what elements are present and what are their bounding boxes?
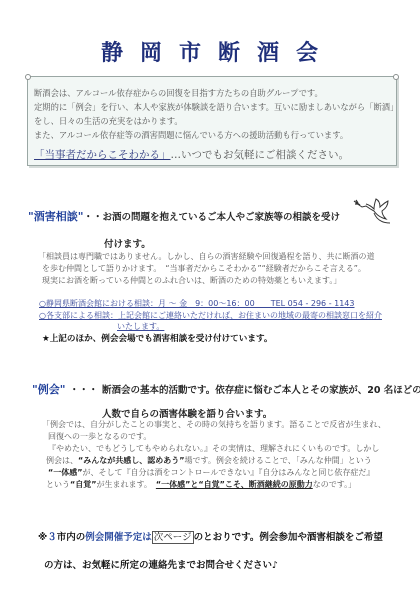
intro-highlight: 「当事者だからこそわかる」…いつでもお気軽にご相談ください。: [34, 147, 349, 162]
text: 場です。例会を続けることで、「みんな仲間」という: [185, 456, 372, 465]
consultation-note: ★上記のほか、例会会場でも酒害相談を受け付けています。: [42, 332, 272, 344]
highlight-phrase: 「当事者だからこそわかる」: [34, 149, 171, 161]
meeting-heading-text: 断酒会の基本的活動です。依存症に悩むご本人とその家族が、20 名ほどの: [102, 385, 420, 396]
text: が、そして『自分は酒をコントロールできない』『自分はみんなと同じ依存症だ』: [83, 468, 375, 477]
link-branch-consultation-cont[interactable]: いたします。: [117, 321, 164, 332]
quote-line: 現実にお酒を断っている仲間とのふれ合いは、断酒のための特効薬ともいえます。」: [38, 275, 374, 287]
text: 例会は、: [46, 456, 78, 465]
consultation-keyword: "酒害相談": [28, 210, 83, 223]
consultation-heading-text: お酒の問題を抱えているご本人やご家族等の相談を受け: [102, 212, 340, 223]
dots: ・・・: [65, 385, 102, 396]
schedule-phrase: 例会開催予定は: [85, 532, 152, 543]
page-title: 静岡市断酒会: [0, 36, 420, 67]
link-shizuoka-consultation[interactable]: ○静岡県断酒会館における相談：月 ～ 金 9：00～16：00 TEL 054 …: [39, 298, 354, 309]
link-branch-consultation[interactable]: ○各支部による相談：上記会館にご連絡いただければ、お住まいの地域の最寄の相談窓口…: [39, 310, 382, 321]
footer-line-2: の方は、お気軽に所定の連絡先までお問合せください♪: [44, 557, 278, 571]
text: 市内の: [57, 532, 86, 543]
meeting-heading-cont: 人数で自らの酒害体験を語り合います。: [102, 406, 272, 420]
reference-mark: ※: [38, 532, 47, 543]
quote-line: 『やめたい、でもどうしてもやめられない。』その実情は、理解されにくいものです。し…: [42, 443, 386, 455]
intro-line: をし、日々の生活の充実をはかります。: [34, 114, 398, 128]
resize-handle: [25, 74, 31, 80]
intro-text: 断酒会は、アルコール依存症からの回復を目指す方たちの自助グループです。 定期的に…: [34, 86, 398, 142]
meeting-heading: "例会"・・・断酒会の基本的活動です。依存症に悩むご本人とその家族が、20 名ほ…: [32, 381, 420, 397]
intro-line: 断酒会は、アルコール依存症からの回復を目指す方たちの自助グループです。: [34, 86, 398, 100]
quote-line: という“自覚”が生まれます。 “一体感”と“自覚”こそ、断酒継続の原動力なのです…: [42, 479, 386, 491]
quote-line: 回復への一歩となるのです。: [42, 431, 386, 443]
quote-line: 「例会では、自分がしたことの事実と、その時の気持ちを語ります。語ることで反省が生…: [42, 419, 386, 431]
bold-phrase: “みんなが共感し、認めあう”: [78, 456, 185, 465]
quote-line: を歩む仲間として語りかけます。 “当事者だからこそわかる”“経験者だからこそ言え…: [38, 263, 374, 275]
footer-line-1: ※３市内の例会開催予定は次ページのとおりです。例会参加や酒害相談をご希望: [38, 529, 383, 543]
text: という: [46, 480, 70, 489]
quote-line: 例会は、“みんなが共感し、認めあう”場です。例会を続けることで、「みんな仲間」と…: [42, 455, 386, 467]
consultation-heading-cont: 付けます。: [104, 236, 151, 250]
underlined-phrase: “一体感”と“自覚”こそ、断酒継続の原動力: [156, 480, 313, 489]
bold-phrase: “一体感”: [48, 468, 83, 477]
consultation-quote: 「相談員は専門職ではありません。しかし、自らの酒害経験や回復過程を語り、共に断酒…: [38, 251, 374, 287]
meeting-keyword: "例会": [32, 383, 65, 396]
text: なのです。」: [313, 480, 356, 489]
intro-line: また、アルコール依存症等の酒害問題に悩んでいる方への援助活動も行っています。: [34, 128, 398, 142]
text: が生まれます。: [97, 480, 148, 489]
quote-line: “一体感”が、そして『自分は酒をコントロールできない』『自分はみんなと同じ依存症…: [42, 467, 386, 479]
resize-handle: [393, 74, 399, 80]
next-page-link[interactable]: 次ページ: [152, 531, 194, 544]
dove-icon: [352, 195, 394, 229]
meeting-quote: 「例会では、自分がしたことの事実と、その時の気持ちを語ります。語ることで反省が生…: [42, 419, 386, 491]
quote-line: 「相談員は専門職ではありません。しかし、自らの酒害経験や回復過程を語り、共に断酒…: [38, 251, 374, 263]
intro-line: 定期的に「例会」を行い、本人や家族が体験談を語り合います。互いに励ましあいながら…: [34, 100, 398, 114]
text: のとおりです。例会参加や酒害相談をご希望: [194, 532, 383, 543]
dots: ・・: [83, 212, 102, 223]
intro-box: 断酒会は、アルコール依存症からの回復を目指す方たちの自助グループです。 定期的に…: [27, 76, 397, 166]
city-count: ３: [47, 532, 57, 543]
highlight-suffix: …いつでもお気軽にご相談ください。: [171, 149, 350, 161]
consultation-heading: "酒害相談"・・お酒の問題を抱えているご本人やご家族等の相談を受け: [28, 208, 340, 224]
bold-phrase: “自覚”: [70, 480, 97, 489]
